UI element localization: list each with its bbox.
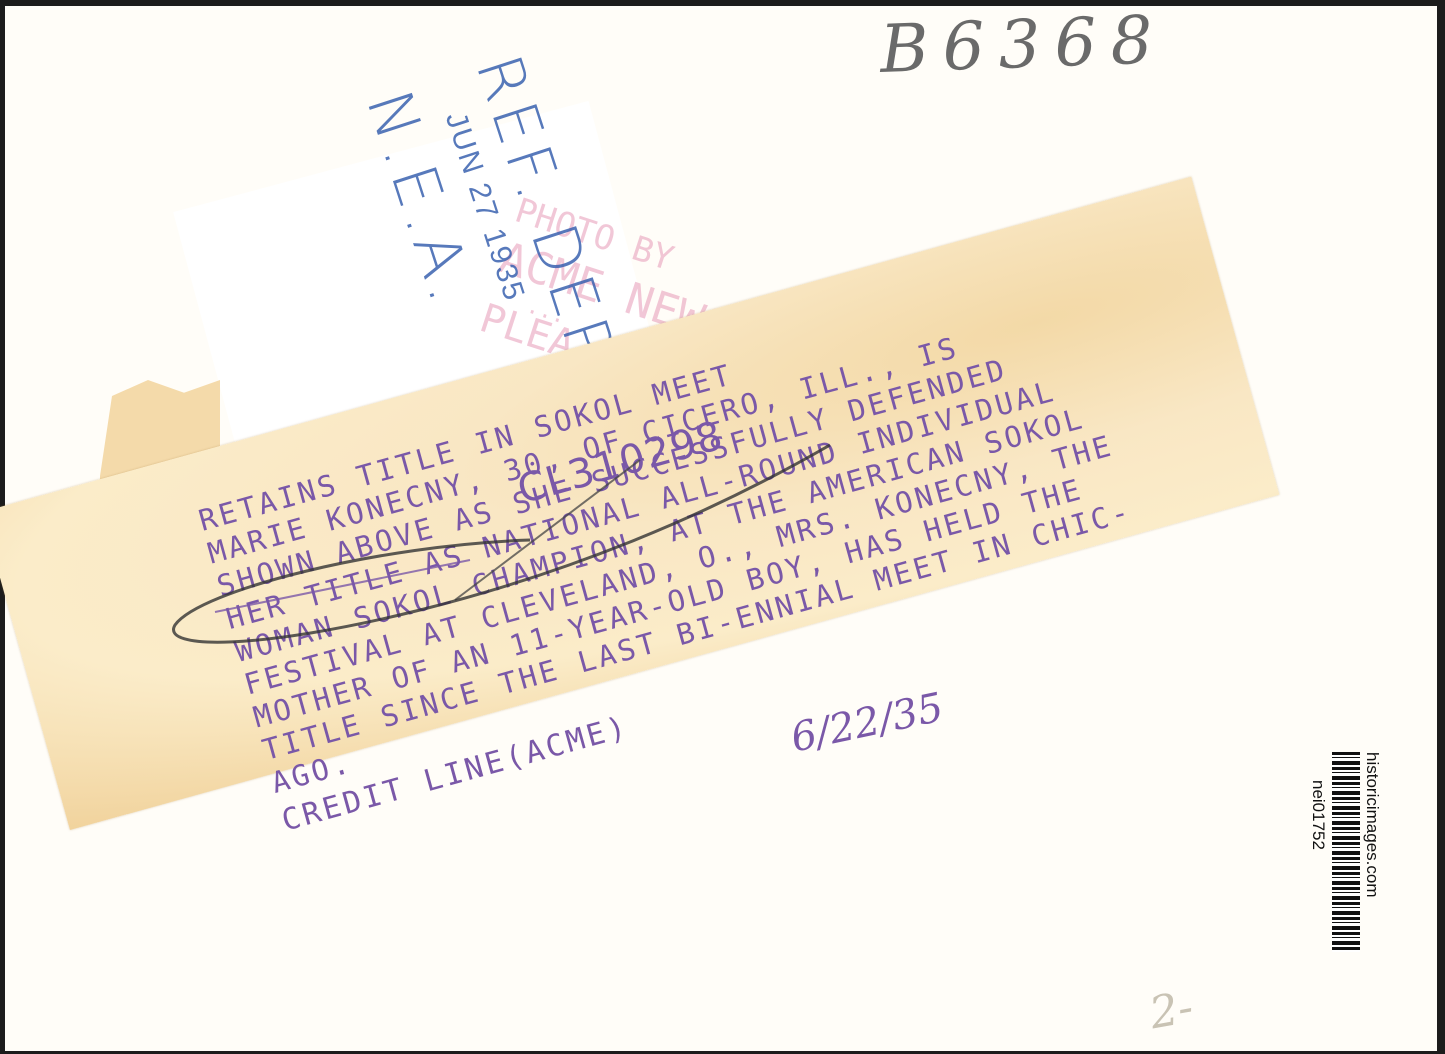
barcode	[1332, 752, 1360, 952]
handwritten-id: B6368	[879, 1, 1168, 88]
barcode-site: historicimages.com	[1362, 752, 1382, 952]
barcode-label: historicimages.com nei01752	[1318, 752, 1430, 952]
handwritten-mark: 2-	[1146, 982, 1197, 1040]
barcode-code: nei01752	[1308, 780, 1328, 850]
